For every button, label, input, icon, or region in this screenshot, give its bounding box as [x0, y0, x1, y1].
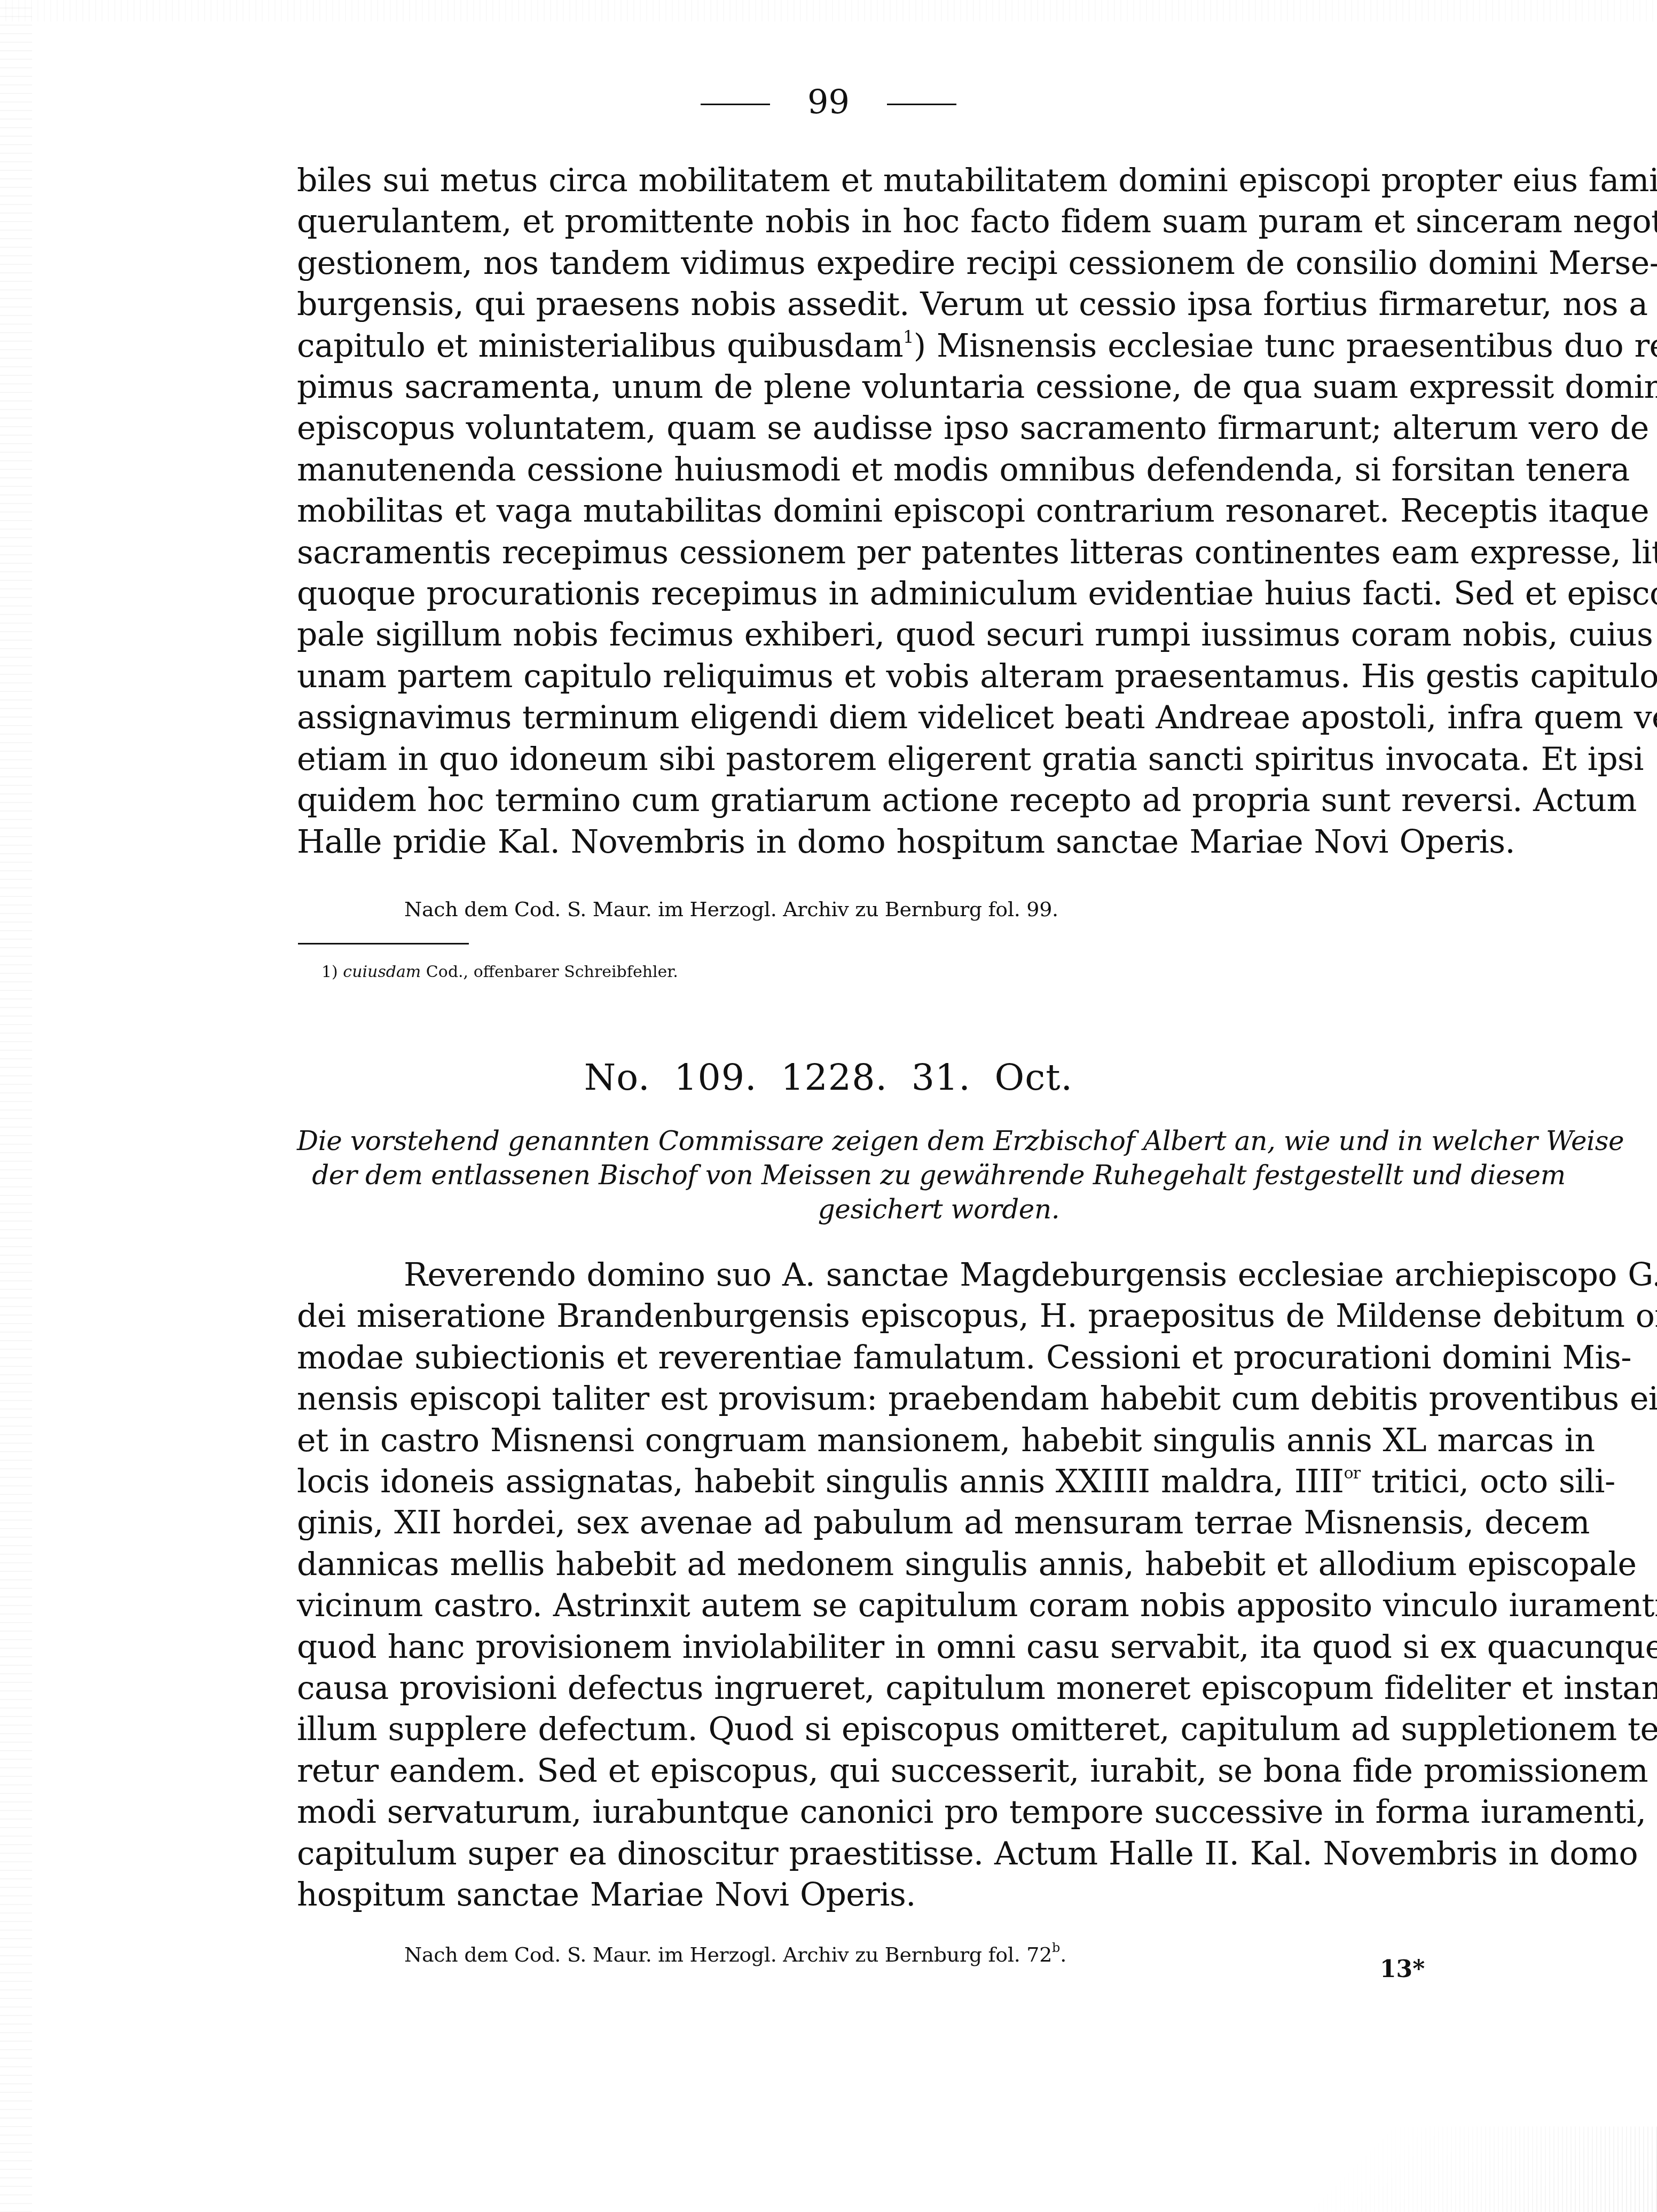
- text-line: capitulum super ea dinoscitur praestitis…: [297, 1833, 1581, 1875]
- text-line: dei miseratione Brandenburgensis episcop…: [297, 1296, 1581, 1337]
- continuation-text: biles sui metus circa mobilitatem et mut…: [297, 160, 1581, 863]
- text-line: modae subiectionis et reverentiae famula…: [297, 1337, 1581, 1379]
- text-fragment: capitulo et ministerialibus quibusdam: [297, 327, 903, 365]
- text-line: vicinum castro. Astrinxit autem se capit…: [297, 1585, 1581, 1626]
- text-line: mobilitas et vaga mutabilitas domini epi…: [297, 491, 1581, 532]
- text-line: assignavimus terminum eligendi diem vide…: [297, 697, 1581, 738]
- source-note-document: Nach dem Cod. S. Maur. im Herzogl. Archi…: [404, 1945, 1066, 1965]
- document-body: Reverendo domino suo A. sanctae Magdebur…: [297, 1255, 1581, 1916]
- text-line-with-footnote-ref: capitulo et ministerialibus quibusdam1) …: [297, 326, 1581, 367]
- text-line: nensis episcopi taliter est provisum: pr…: [297, 1379, 1581, 1420]
- footnote-number: 1): [321, 963, 338, 981]
- text-line: sacramentis recepimus cessionem per pate…: [297, 532, 1581, 573]
- text-line: ginis, XII hordei, sex avenae ad pabulum…: [297, 1502, 1581, 1544]
- text-line: illum supplere defectum. Quod si episcop…: [297, 1709, 1581, 1750]
- text-fragment: tritici, octo sili-: [1371, 1463, 1615, 1500]
- summary-line: der dem entlassenen Bischof von Meissen …: [297, 1158, 1581, 1192]
- scan-artifact-top-edge: [0, 0, 1657, 21]
- scan-artifact-left-edge: [0, 0, 32, 2212]
- text-line: dannicas mellis habebit ad medonem singu…: [297, 1544, 1581, 1585]
- running-head-rule-right: [887, 104, 956, 105]
- document-body-paragraph: Reverendo domino suo A. sanctae Magdebur…: [297, 1255, 1581, 1916]
- text-line: quidem hoc termino cum gratiarum actione…: [297, 780, 1581, 821]
- continuation-paragraph: biles sui metus circa mobilitatem et mut…: [297, 160, 1581, 863]
- text-line: episcopus voluntatem, quam se audisse ip…: [297, 408, 1581, 449]
- text-line: pale sigillum nobis fecimus exhiberi, qu…: [297, 615, 1581, 656]
- text-line: retur eandem. Sed et episcopus, qui succ…: [297, 1751, 1581, 1792]
- text-line-with-superscript: locis idoneis assignatas, habebit singul…: [297, 1461, 1581, 1502]
- source-note-text: Nach dem Cod. S. Maur. im Herzogl. Archi…: [404, 1943, 1052, 1966]
- footnote-italic-word: cuiusdam: [343, 963, 421, 981]
- scan-artifact-bottom-corner: [1123, 2127, 1657, 2212]
- document-heading: No. 109. 1228. 31. Oct.: [0, 1060, 1657, 1096]
- page-number: 99: [807, 85, 850, 119]
- summary-line: gesichert worden.: [297, 1192, 1581, 1226]
- text-line: modi servaturum, iurabuntque canonici pr…: [297, 1792, 1581, 1833]
- ordinal-superscript: or: [1344, 1464, 1360, 1483]
- text-line: Reverendo domino suo A. sanctae Magdebur…: [297, 1255, 1581, 1296]
- text-line: Halle pridie Kal. Novembris in domo hosp…: [297, 822, 1581, 863]
- text-line: et in castro Misnensi congruam mansionem…: [297, 1420, 1581, 1461]
- text-line: etiam in quo idoneum sibi pastorem elige…: [297, 739, 1581, 780]
- text-line: unam partem capitulo reliquimus et vobis…: [297, 656, 1581, 697]
- text-line: biles sui metus circa mobilitatem et mut…: [297, 160, 1581, 201]
- text-line: burgensis, qui praesens nobis assedit. V…: [297, 284, 1581, 325]
- text-line: manutenenda cessione huiusmodi et modis …: [297, 450, 1581, 491]
- text-line: querulantem, et promittente nobis in hoc…: [297, 201, 1581, 242]
- footnote-ref-1[interactable]: 1: [903, 327, 914, 347]
- source-note-superscript: b: [1052, 1940, 1060, 1955]
- signature-mark: 13*: [1380, 1958, 1425, 1981]
- document-page: 99 biles sui metus circa mobilitatem et …: [0, 0, 1657, 2212]
- text-fragment: ): [914, 327, 926, 365]
- source-note-suffix: .: [1060, 1943, 1066, 1966]
- footnote-1: 1) cuiusdam Cod., offenbarer Schreibfehl…: [321, 964, 678, 980]
- footnote-text: Cod., offenbarer Schreibfehler.: [421, 963, 678, 981]
- text-line: gestionem, nos tandem vidimus expedire r…: [297, 243, 1581, 284]
- text-line: quod hanc provisionem inviolabiliter in …: [297, 1627, 1581, 1668]
- source-note-continuation: Nach dem Cod. S. Maur. im Herzogl. Archi…: [404, 899, 1058, 919]
- text-fragment: locis idoneis assignatas, habebit singul…: [297, 1463, 1344, 1500]
- text-line: causa provisioni defectus ingrueret, cap…: [297, 1668, 1581, 1709]
- text-line: pimus sacramenta, unum de plene voluntar…: [297, 367, 1581, 408]
- document-summary: Die vorstehend genannten Commissare zeig…: [297, 1124, 1581, 1226]
- text-line: quoque procurationis recepimus in admini…: [297, 573, 1581, 615]
- summary-line: Die vorstehend genannten Commissare zeig…: [297, 1124, 1581, 1158]
- running-head: 99: [0, 85, 1657, 119]
- text-fragment: Misnensis ecclesiae tunc praesentibus du…: [937, 327, 1657, 365]
- text-line: hospitum sanctae Mariae Novi Operis.: [297, 1875, 1581, 1916]
- running-head-rule-left: [701, 104, 770, 105]
- footnote-separator-rule: [298, 943, 469, 944]
